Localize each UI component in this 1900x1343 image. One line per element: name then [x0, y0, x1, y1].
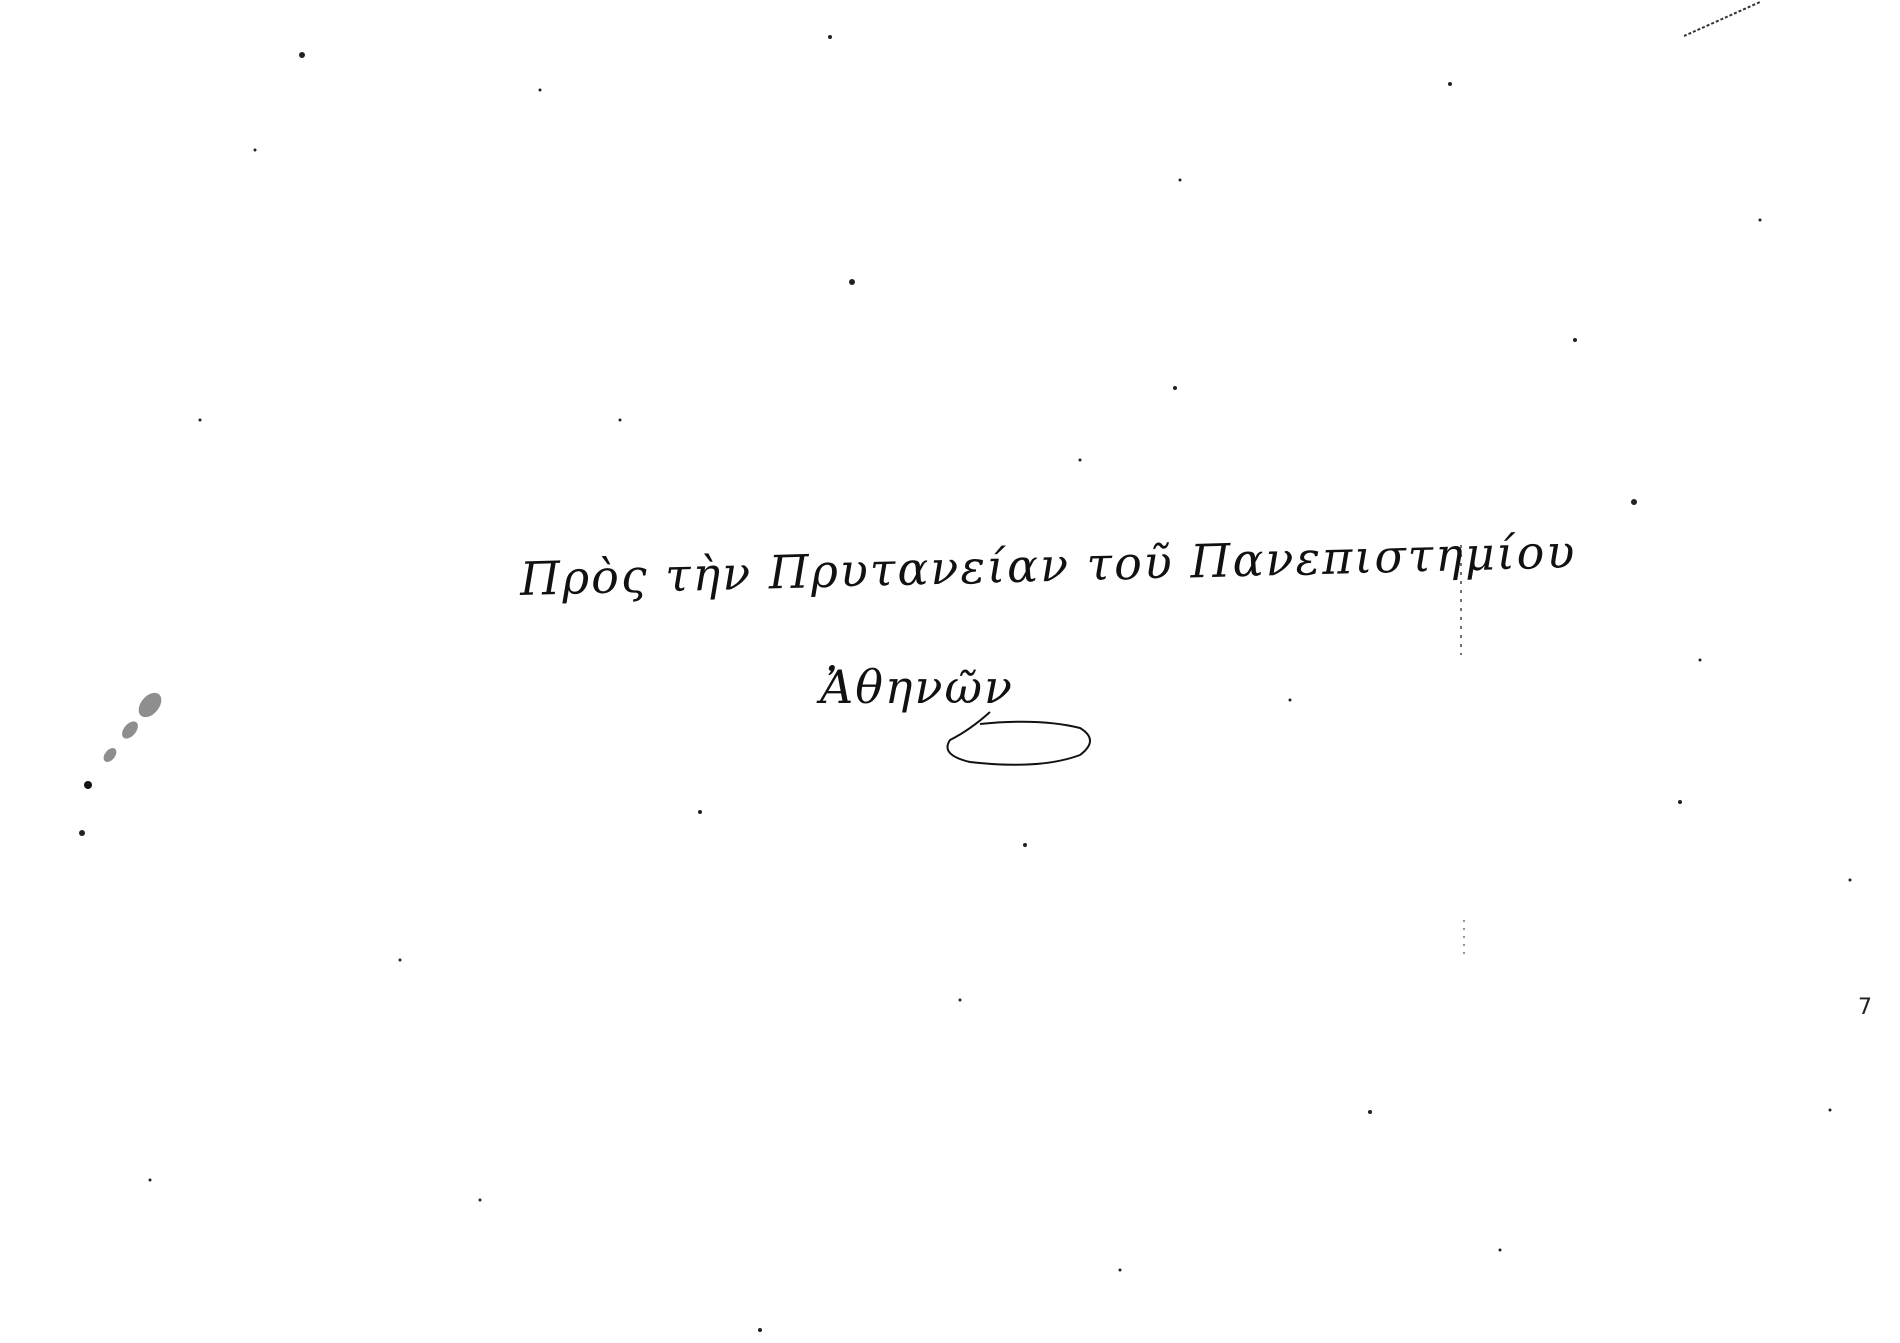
archive-mark: 7 — [1858, 995, 1872, 1020]
scanned-page: Πρὸς τὴν Πρυτανείαν τοῦ Πανεπιστημίου Ἀθ… — [0, 0, 1900, 1343]
signature-flourish — [930, 700, 1100, 770]
handwritten-address: Πρὸς τὴν Πρυτανείαν τοῦ Πανεπιστημίου Ἀθ… — [0, 0, 1900, 1343]
address-line-recipient: Πρὸς τὴν Πρυτανείαν τοῦ Πανεπιστημίου — [519, 524, 1577, 606]
